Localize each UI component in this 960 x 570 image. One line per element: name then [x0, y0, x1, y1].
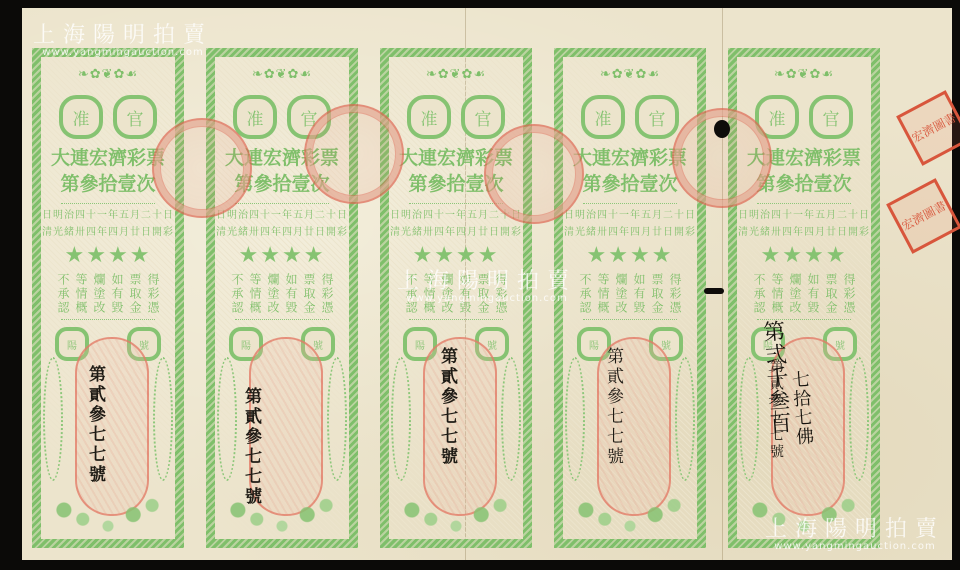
- round-red-seal: [152, 118, 252, 218]
- vine-ornament-icon: [565, 357, 585, 481]
- scroll-ornament-icon: ❧✿❦✿☙: [78, 67, 138, 82]
- vine-ornament-icon: [327, 357, 347, 481]
- vine-ornament-icon: [675, 357, 695, 481]
- term-col: 票取金: [823, 273, 839, 315]
- divider: [61, 319, 155, 322]
- draw-date: 日明治四十一年五月二十日 清光緒卅四年四月廿日開彩: [563, 207, 697, 241]
- approved-medal: 准: [233, 95, 277, 139]
- divider: [409, 203, 503, 206]
- flower-ornament-icon: [393, 487, 519, 533]
- scroll-ornament-icon: ❧✿❦✿☙: [600, 67, 660, 82]
- official-medal: 官: [461, 95, 505, 139]
- official-medal: 官: [635, 95, 679, 139]
- serial-number: 第貳參七七號: [437, 347, 457, 467]
- draw-date: 日明治四十一年五月二十日 清光緒卅四年四月廿日開彩: [41, 207, 175, 241]
- term-col: 如有毀: [109, 273, 125, 315]
- term-col: 爛塗改: [787, 273, 803, 315]
- term-col: 票取金: [127, 273, 143, 315]
- vine-ornament-icon: [501, 357, 521, 481]
- official-medal: 官: [809, 95, 853, 139]
- term-col: 等情概: [595, 273, 611, 315]
- term-col: 等情概: [247, 273, 263, 315]
- term-col: 爛塗改: [91, 273, 107, 315]
- approved-medal: 准: [407, 95, 451, 139]
- terms-text: 得彩憑 票取金 如有毀 爛塗改 等情概 不承認: [229, 273, 335, 315]
- star-row-icon: ★★★★: [563, 243, 697, 268]
- approved-medal: 准: [59, 95, 103, 139]
- fold-line: [722, 8, 723, 560]
- vine-ornament-icon: [739, 357, 759, 481]
- date-line-2: 清光緒卅四年四月廿日開彩: [41, 224, 175, 241]
- scroll-ornament-icon: ❧✿❦✿☙: [252, 67, 312, 82]
- ink-stain: [704, 288, 724, 294]
- draw-date: 日明治四十一年五月二十日 清光緒卅四年四月廿日開彩: [215, 207, 349, 241]
- date-line-1: 日明治四十一年五月二十日: [737, 207, 871, 224]
- draw-date: 日明治四十一年五月二十日 清光緒卅四年四月廿日開彩: [737, 207, 871, 241]
- divider: [235, 203, 329, 206]
- round-red-seal: [484, 124, 584, 224]
- divider: [583, 203, 677, 206]
- scroll-ornament-icon: ❧✿❦✿☙: [774, 67, 834, 82]
- lottery-ticket-3: ❧✿❦✿☙ 准 官 大連宏濟彩票 第參拾壹次 日明治四十一年五月二十日 清光緒卅…: [380, 48, 532, 548]
- term-col: 爛塗改: [613, 273, 629, 315]
- lottery-ticket-1: ❧✿❦✿☙ 准 官 大連宏濟彩票 第參拾壹次 日明治四十一年五月二十日 清光緒卅…: [32, 48, 184, 548]
- term-col: 等情概: [421, 273, 437, 315]
- term-col: 不承認: [751, 273, 767, 315]
- terms-text: 得彩憑 票取金 如有毀 爛塗改 等情概 不承認: [403, 273, 509, 315]
- date-line-1: 日明治四十一年五月二十日: [215, 207, 349, 224]
- term-col: 得彩憑: [841, 273, 857, 315]
- term-col: 如有毀: [805, 273, 821, 315]
- term-col: 得彩憑: [319, 273, 335, 315]
- term-col: 如有毀: [283, 273, 299, 315]
- term-col: 得彩憑: [667, 273, 683, 315]
- term-col: 爛塗改: [439, 273, 455, 315]
- date-line-2: 清光緒卅四年四月廿日開彩: [389, 224, 523, 241]
- term-col: 如有毀: [457, 273, 473, 315]
- scroll-ornament-icon: ❧✿❦✿☙: [426, 67, 486, 82]
- square-red-seal: 宏濟圖書: [896, 90, 960, 166]
- flower-ornament-icon: [219, 487, 345, 533]
- flower-ornament-icon: [741, 487, 867, 533]
- term-col: 如有毀: [631, 273, 647, 315]
- divider: [61, 203, 155, 206]
- star-row-icon: ★★★★: [389, 243, 523, 268]
- vine-ornament-icon: [217, 357, 237, 481]
- term-col: 不承認: [229, 273, 245, 315]
- date-line-2: 清光緒卅四年四月廿日開彩: [563, 224, 697, 241]
- term-col: 得彩憑: [493, 273, 509, 315]
- term-col: 不承認: [403, 273, 419, 315]
- term-col: 爛塗改: [265, 273, 281, 315]
- divider: [235, 319, 329, 322]
- divider: [757, 203, 851, 206]
- star-row-icon: ★★★★: [737, 243, 871, 268]
- star-row-icon: ★★★★: [215, 243, 349, 268]
- star-row-icon: ★★★★: [41, 243, 175, 268]
- square-red-seal: 宏濟圖書: [886, 178, 960, 254]
- ink-stain: [714, 120, 730, 138]
- date-line-2: 清光緒卅四年四月廿日開彩: [737, 224, 871, 241]
- date-line-1: 日明治四十一年五月二十日: [563, 207, 697, 224]
- date-line-1: 日明治四十一年五月二十日: [41, 207, 175, 224]
- term-col: 票取金: [475, 273, 491, 315]
- date-line-2: 清光緒卅四年四月廿日開彩: [215, 224, 349, 241]
- divider: [409, 319, 503, 322]
- lottery-ticket-4: ❧✿❦✿☙ 准 官 大連宏濟彩票 第參拾壹次 日明治四十一年五月二十日 清光緒卅…: [554, 48, 706, 548]
- term-col: 得彩憑: [145, 273, 161, 315]
- terms-text: 得彩憑 票取金 如有毀 爛塗改 等情概 不承認: [55, 273, 161, 315]
- flower-ornament-icon: [45, 487, 171, 533]
- official-medal: 官: [113, 95, 157, 139]
- vine-ornament-icon: [43, 357, 63, 481]
- term-col: 不承認: [55, 273, 71, 315]
- term-col: 票取金: [649, 273, 665, 315]
- flower-ornament-icon: [567, 487, 693, 533]
- term-col: 不承認: [577, 273, 593, 315]
- round-red-seal: [304, 104, 404, 204]
- term-col: 票取金: [301, 273, 317, 315]
- approved-medal: 准: [581, 95, 625, 139]
- terms-text: 得彩憑 票取金 如有毀 爛塗改 等情概 不承認: [751, 273, 857, 315]
- divider: [583, 319, 677, 322]
- vine-ornament-icon: [153, 357, 173, 481]
- vine-ornament-icon: [391, 357, 411, 481]
- serial-number: 第貳參七七號: [85, 365, 105, 485]
- term-col: 等情概: [769, 273, 785, 315]
- vine-ornament-icon: [849, 357, 869, 481]
- term-col: 等情概: [73, 273, 89, 315]
- serial-number: 第貳參七七號: [603, 347, 623, 467]
- lottery-sheet: ❧✿❦✿☙ 准 官 大連宏濟彩票 第參拾壹次 日明治四十一年五月二十日 清光緒卅…: [22, 8, 952, 560]
- terms-text: 得彩憑 票取金 如有毀 爛塗改 等情概 不承認: [577, 273, 683, 315]
